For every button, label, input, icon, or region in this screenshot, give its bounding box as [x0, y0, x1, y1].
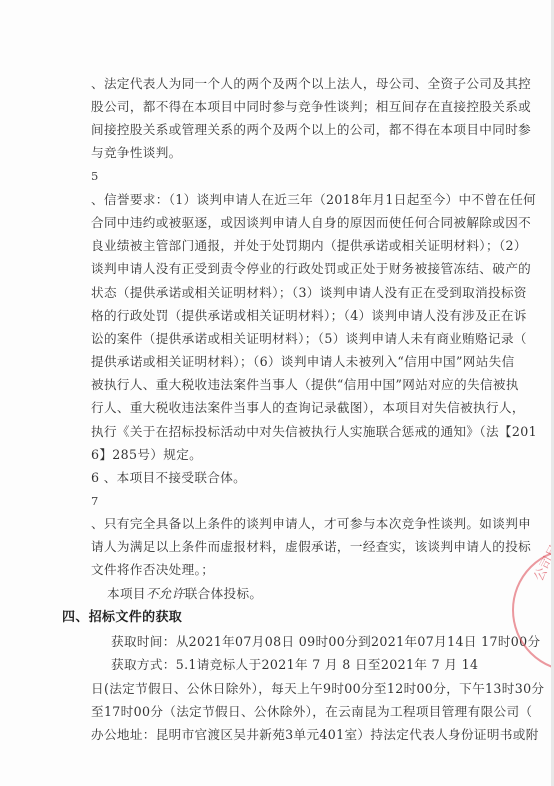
consortium-prefix: 本项目	[107, 586, 146, 601]
text-line: 6 、本项目不接受联合体。	[91, 470, 463, 486]
text-line: 股公司，都不得在本项目中同时参与竞争性谈判；相互间存在直接控股关系或	[91, 99, 463, 115]
text-line: 间接控股关系或管理关系的两个及两个以上的公司，都不得在本项目中同时参	[91, 122, 463, 138]
text-line: 状态（提供承诺或相关证明材料）；（3）谈判申请人没有正在受到取消投标资	[91, 285, 463, 301]
consortium-suffix: 联合体投标。	[185, 586, 263, 601]
item-number: 5	[91, 168, 463, 184]
text-line: 、信誉要求：（1）谈判申请人在近三年（2018年月1日起至今）中不曾在任何	[91, 192, 463, 208]
text-line: 行人、重大税收违法案件当事人的查询记录截图），本项目对失信被执行人，	[91, 400, 463, 416]
acquisition-method-line: 办公地址：昆明市官渡区吴井新苑3单元401室）持法定代表人身份证明书或附	[91, 727, 463, 743]
text-line: 良业绩被主管部门通报，并处于处罚期内（提供承诺或相关证明材料）；（2）	[91, 238, 463, 254]
acquisition-method-line: 至17时00分（法定节假日、公休除外），在云南昆为工程项目管理有限公司（	[91, 704, 463, 720]
consortium-emphasis: 不允许	[146, 586, 185, 601]
acquisition-time: 获取时间：从2021年07月08日 09时00分到2021年07月14日 17时…	[111, 634, 483, 650]
text-line: 、只有完全具备以上条件的谈判申请人，才可参与本次竞争性谈判。如谈判申	[91, 516, 463, 532]
section-heading: 四、招标文件的获取	[62, 610, 434, 626]
text-line: 谈判申请人没有正受到责令停业的行政处罚或正处于财务被接管冻结、破产的	[91, 261, 463, 277]
text-line: 格的行政处罚（提供承诺或相关证明材料）；（4）谈判申请人没有涉及正在诉	[91, 308, 463, 324]
item-number: 7	[91, 493, 463, 509]
consortium-statement: 本项目不允许联合体投标。	[107, 586, 479, 602]
text-line: 与竞争性谈判。	[91, 145, 463, 161]
text-line: 被执行人、重大税收违法案件当事人（提供“信用中国”网站对应的失信被执	[91, 377, 463, 393]
text-line: 请人为满足以上条件而虚报材料，虚假承诺，一经查实，该谈判申请人的投标	[91, 539, 463, 555]
acquisition-method-line: 日(法定节假日、公休日除外），每天上午9时00分至12时00分，下午13时30分	[91, 681, 463, 697]
text-line: 、法定代表人为同一个人的两个及两个以上法人，母公司、全资子公司及其控	[91, 76, 463, 92]
text-line: 讼的案件（提供承诺或相关证明材料）；（5）谈判申请人未有商业贿赂记录（	[91, 331, 463, 347]
text-line: 合同中违约或被驱逐，或因谈判申请人自身的原因而使任何合同被解除或因不	[91, 215, 463, 231]
acquisition-method-line: 获取方式：5.1请竞标人于2021年 7 月 8 日至2021年 7 月 14	[111, 657, 483, 673]
document-page: 、法定代表人为同一个人的两个及两个以上法人，母公司、全资子公司及其控 股公司，都…	[0, 0, 554, 786]
text-line: 6】285号）规定。	[91, 447, 463, 463]
text-line: 文件将作否决处理。；	[91, 562, 463, 578]
text-line: 执行《关于在招标投标活动中对失信被执行人实施联合惩戒的通知》（法【201	[91, 424, 463, 440]
text-line: 提供承诺或相关证明材料）；（6）谈判申请人未被列入“信用中国”网站失信	[91, 354, 463, 370]
